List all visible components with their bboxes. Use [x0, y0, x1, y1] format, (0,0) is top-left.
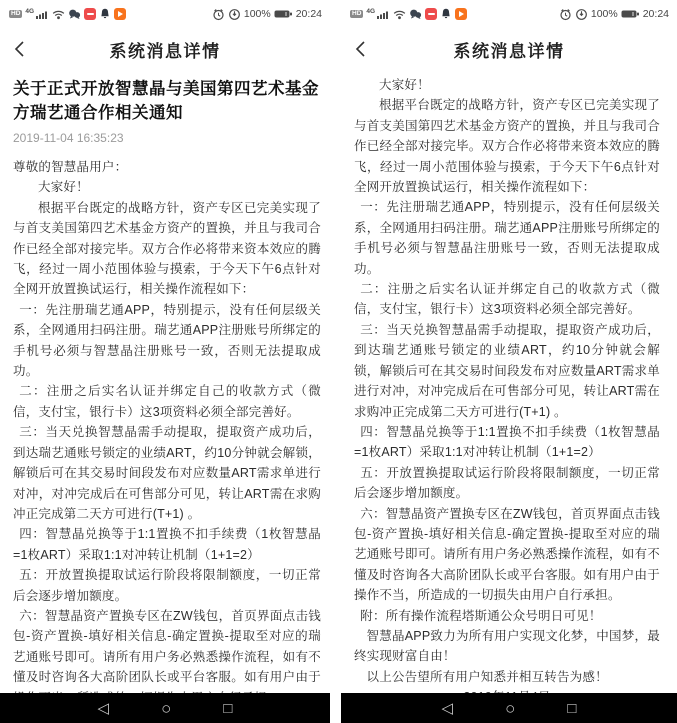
message-step: 二：注册之后实名认证并绑定自己的收款方式（微信，支付宝，银行卡）这3项资料必须全… [13, 381, 321, 422]
wifi-icon [52, 8, 65, 20]
hd-icon: HD [350, 10, 363, 19]
message-step: 三：当天兑换智慧晶需手动提取，提取资产成功后，到达瑞艺通账号锁定的业绩ART，约… [13, 422, 321, 524]
data-usage-icon [228, 8, 241, 21]
title-bar: 系统消息详情 [0, 28, 330, 70]
battery-percent-label: 100% [591, 8, 618, 20]
chat-icon [68, 8, 81, 20]
message-greeting: 大家好！ [354, 75, 660, 95]
status-bar: HD 4G [0, 0, 330, 28]
back-chevron-icon [14, 40, 25, 58]
status-bar: HD 4G [341, 0, 677, 28]
phone-screen-right: HD 4G [341, 0, 677, 723]
android-nav-bar: ◁ ○ □ [0, 693, 330, 723]
message-greeting: 大家好！ [13, 177, 321, 197]
nav-recents-button[interactable]: □ [223, 701, 232, 716]
android-nav-bar: ◁ ○ □ [341, 693, 677, 723]
alarm-icon [559, 8, 572, 21]
clock-label: 20:24 [643, 8, 669, 20]
message-step: 三：当天兑换智慧晶需手动提取，提取资产成功后，到达瑞艺通账号锁定的业绩ART，约… [354, 320, 660, 422]
message-title: 关于正式开放智慧晶与美国第四艺术基金方瑞艺通合作相关通知 [13, 77, 321, 125]
back-button[interactable] [14, 28, 25, 70]
message-intro: 根据平台既定的战略方针，资产专区已完美实现了与首支美国第四艺术基金方资产的置换，… [354, 95, 660, 197]
battery-percent-label: 100% [244, 8, 271, 20]
nav-back-button[interactable]: ◁ [442, 701, 454, 716]
nav-home-button[interactable]: ○ [161, 700, 171, 717]
signal-icon [377, 8, 390, 20]
back-button[interactable] [355, 28, 366, 70]
alarm-icon [212, 8, 225, 21]
message-step: 二：注册之后实名认证并绑定自己的收款方式（微信，支付宝，银行卡）这3项资料必须全… [354, 279, 660, 320]
message-step: 四：智慧晶兑换等于1:1置换不扣手续费（1枚智慧晶=1枚ART）采取1:1对冲转… [354, 422, 660, 463]
message-step: 六：智慧晶资产置换专区在ZW钱包，首页界面点击钱包-资产置换-填好相关信息-确定… [13, 606, 321, 693]
message-timestamp: 2019-11-04 16:35:23 [13, 131, 321, 145]
message-step: 一：先注册瑞艺通APP，特别提示，没有任何层级关系，全网通用扫码注册。瑞艺通AP… [354, 197, 660, 279]
message-step: 六：智慧晶资产置换专区在ZW钱包，首页界面点击钱包-资产置换-填好相关信息-确定… [354, 504, 660, 606]
battery-icon [621, 8, 640, 20]
red-app-icon [425, 8, 437, 20]
message-scroll-area[interactable]: 大家好！ 根据平台既定的战略方针，资产专区已完美实现了与首支美国第四艺术基金方资… [341, 70, 677, 693]
back-chevron-icon [355, 40, 366, 58]
two-screenshot-canvas: HD 4G [0, 0, 677, 723]
chat-icon [409, 8, 422, 20]
title-bar: 系统消息详情 [341, 28, 677, 70]
nav-recents-button[interactable]: □ [567, 701, 576, 716]
message-step: 四：智慧晶兑换等于1:1置换不扣手续费（1枚智慧晶=1枚ART）采取1:1对冲转… [13, 524, 321, 565]
message-appendix: 附：所有操作流程塔斯通公众号明日可见！ [354, 606, 660, 626]
hd-icon: HD [9, 10, 22, 19]
wifi-icon [393, 8, 406, 20]
status-bar-left-icons: HD 4G [350, 8, 467, 20]
video-app-icon [114, 8, 126, 20]
page-title: 系统消息详情 [454, 37, 565, 62]
status-bar-right: 100% 20:24 [212, 8, 322, 21]
data-usage-icon [575, 8, 588, 21]
phone-screen-left: HD 4G [0, 0, 330, 723]
page-title: 系统消息详情 [110, 37, 221, 62]
nav-back-button[interactable]: ◁ [98, 701, 110, 716]
battery-icon [274, 8, 293, 20]
red-app-icon [84, 8, 96, 20]
message-intro: 根据平台既定的战略方针，资产专区已完美实现了与首支美国第四艺术基金方资产的置换，… [13, 198, 321, 300]
message-step: 一：先注册瑞艺通APP，特别提示，没有任何层级关系，全网通用扫码注册。瑞艺通AP… [13, 300, 321, 382]
message-closing-line: 智慧晶APP致力为所有用户实现文化梦，中国梦，最终实现财富自由！ [354, 626, 660, 667]
bell-icon [440, 8, 452, 20]
status-bar-right: 100% 20:24 [559, 8, 669, 21]
bell-icon [99, 8, 111, 20]
message-closing-line: 以上公告望所有用户知悉并相互转告为感！ [354, 667, 660, 687]
message-step: 五：开放置换提取试运行阶段将限制额度，一切正常后会逐步增加额度。 [354, 463, 660, 504]
message-salutation: 尊敬的智慧晶用户： [13, 157, 321, 177]
clock-label: 20:24 [296, 8, 322, 20]
status-bar-left-icons: HD 4G [9, 8, 126, 20]
video-app-icon [455, 8, 467, 20]
message-scroll-area[interactable]: 关于正式开放智慧晶与美国第四艺术基金方瑞艺通合作相关通知 2019-11-04 … [0, 70, 330, 693]
message-step: 五：开放置换提取试运行阶段将限制额度，一切正常后会逐步增加额度。 [13, 565, 321, 606]
signal-icon [36, 8, 49, 20]
nav-home-button[interactable]: ○ [505, 700, 515, 717]
network-type-label: 4G [25, 8, 34, 15]
network-type-label: 4G [366, 8, 375, 15]
